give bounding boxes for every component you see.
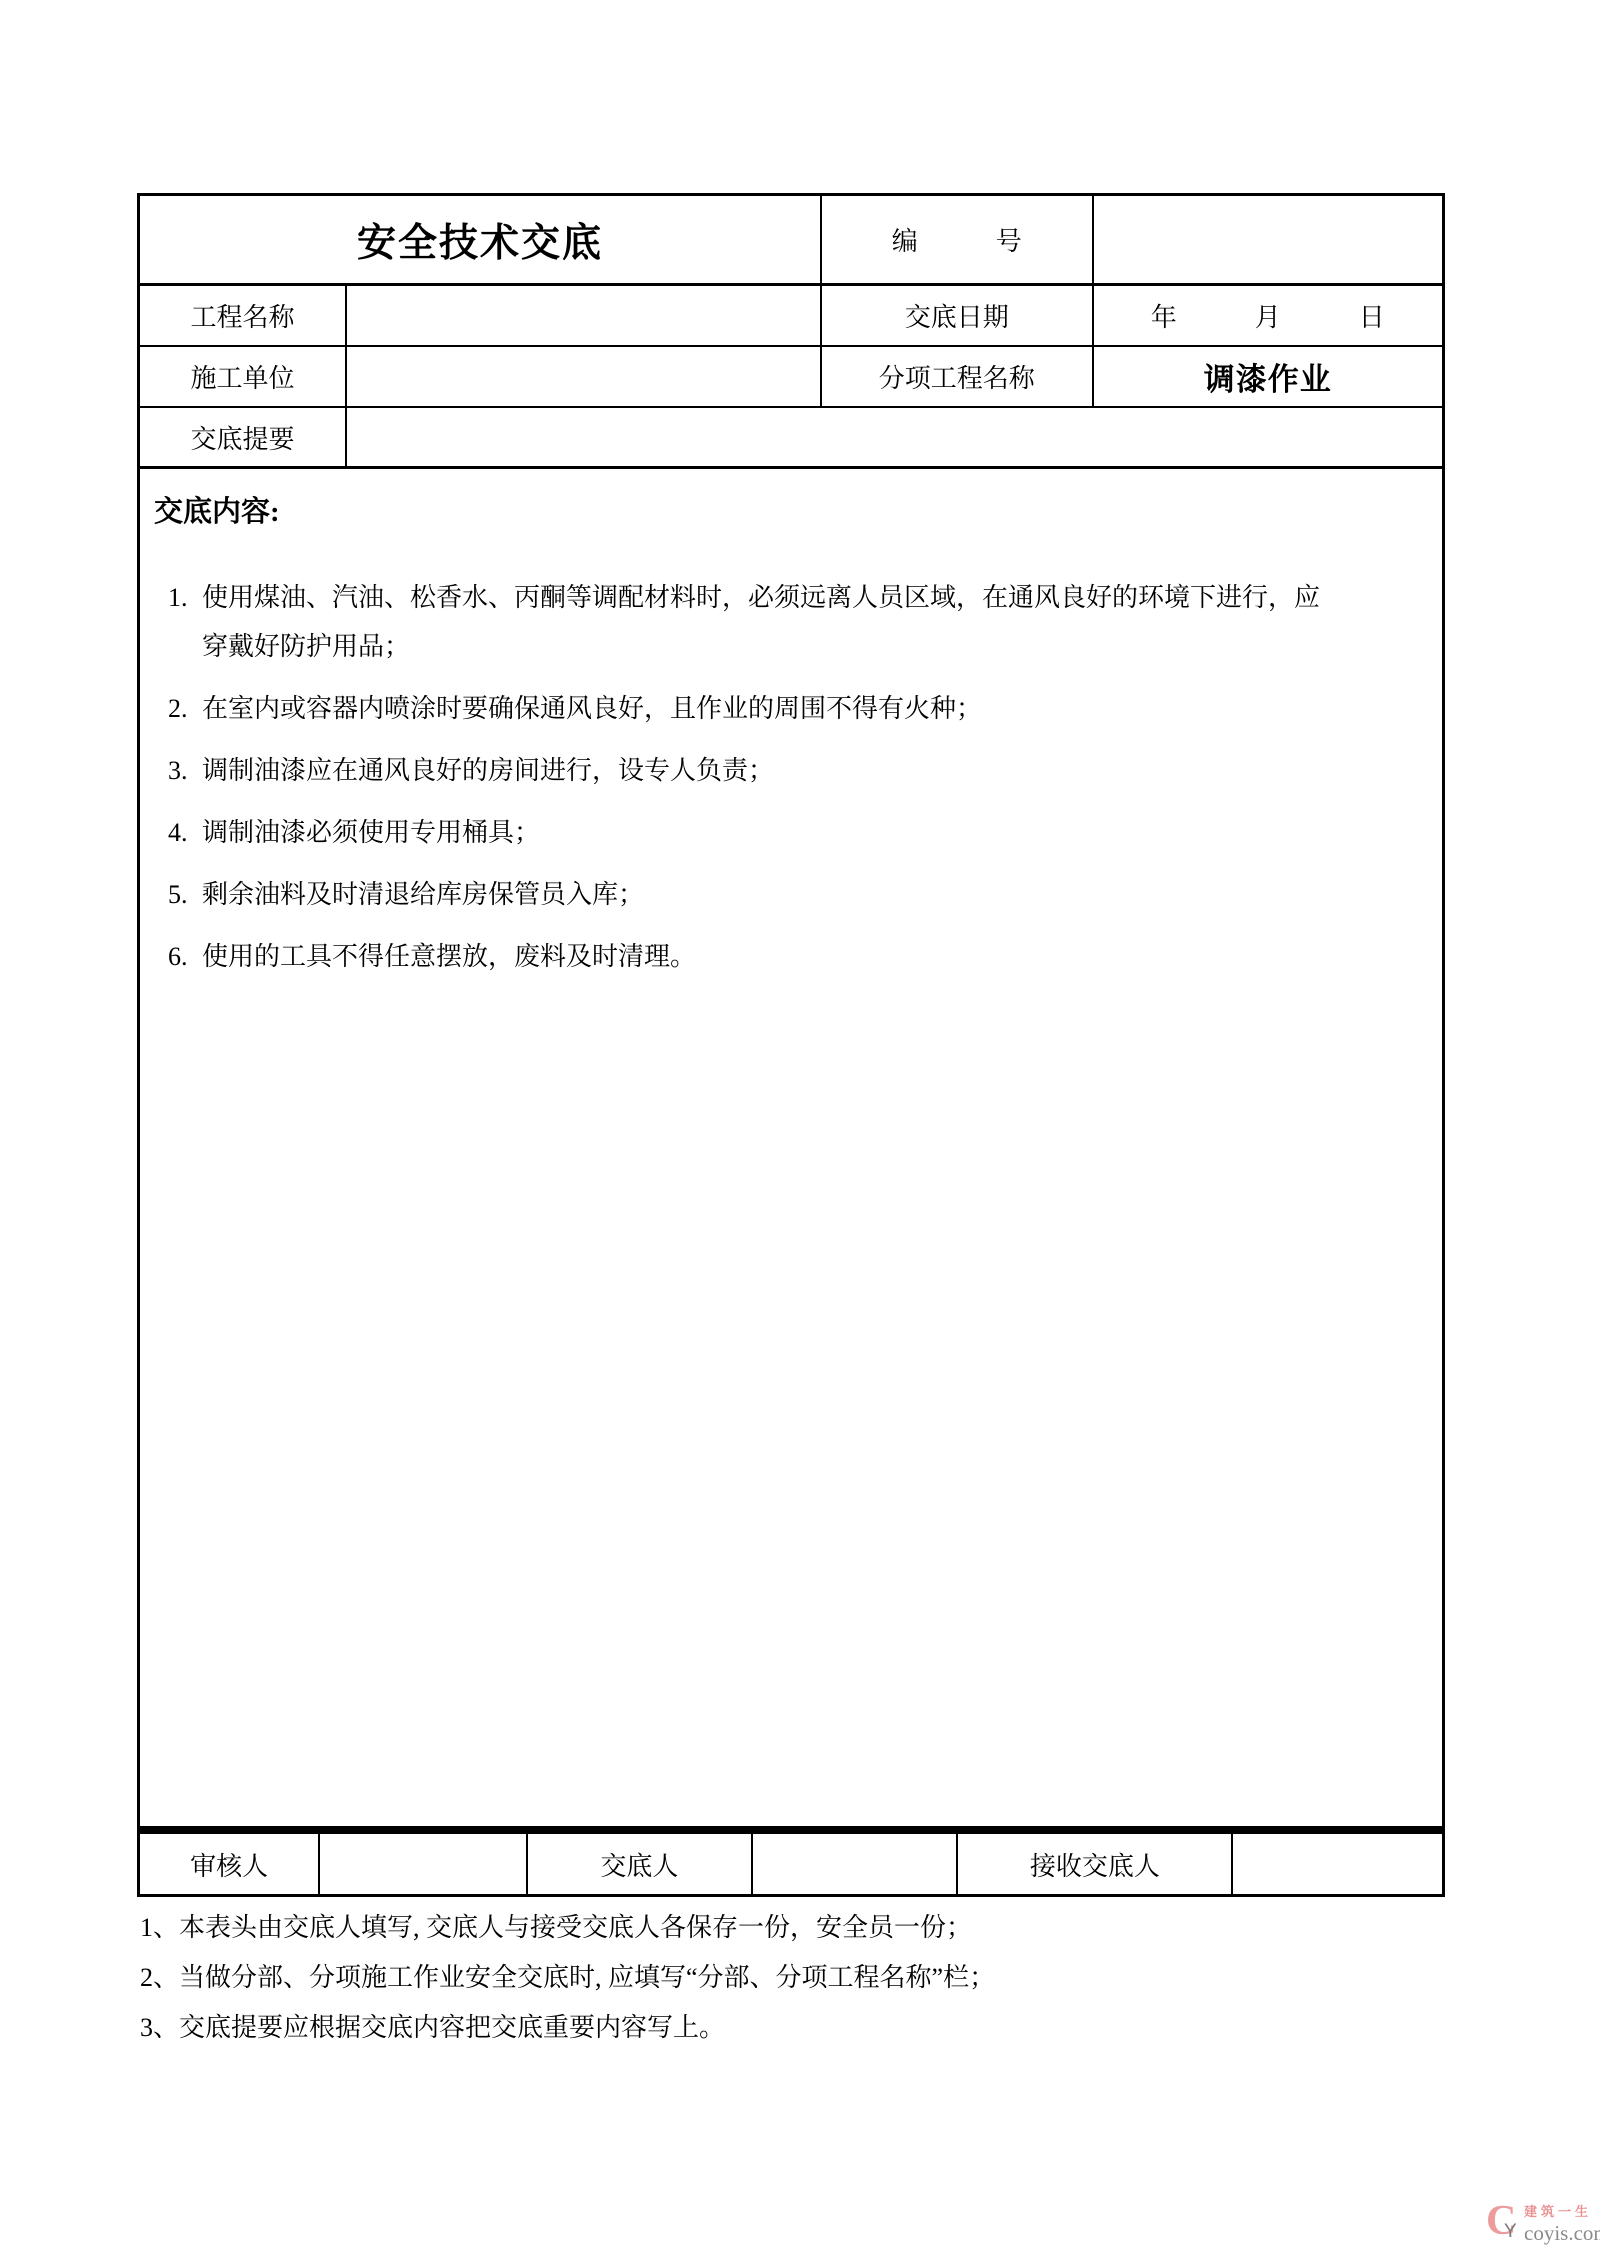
header-row-summary: 交底提要 (140, 408, 1442, 469)
item-text-line2: 穿戴好防护用品； (202, 622, 1422, 671)
serial-number-label: 编 号 (820, 196, 1092, 283)
item-number: 3. (168, 746, 188, 795)
coyis-logo-icon: C Y (1486, 2200, 1524, 2248)
item-number: 4. (168, 808, 188, 857)
logo-letter-y: Y (1504, 2222, 1517, 2241)
document-page: 安全技术交底 编 号 工程名称 交底日期 年 月 日 施工单位 分项工程名称 调… (0, 0, 1600, 2262)
discloser-signature-cell (751, 1834, 956, 1894)
item-text: 使用的工具不得任意摆放，废料及时清理。 (202, 942, 696, 971)
project-name-label: 工程名称 (140, 286, 345, 345)
content-heading: 交底内容: (154, 495, 1422, 529)
subproject-name-label: 分项工程名称 (820, 347, 1092, 406)
form-footnotes: 1、本表头由交底人填写, 交底人与接受交底人各保存一份，安全员一份； 2、当做分… (140, 1903, 1400, 2053)
header-row-unit: 施工单位 分项工程名称 调漆作业 (140, 347, 1442, 408)
discloser-label: 交底人 (526, 1834, 751, 1894)
watermark-site: coyis.com (1524, 2220, 1600, 2246)
disclosure-date-value: 年 月 日 (1092, 286, 1442, 345)
watermark-brand: 建筑一生 (1524, 2203, 1600, 2220)
signoff-row: 审核人 交底人 接收交底人 (140, 1830, 1442, 1894)
header-row-title: 安全技术交底 编 号 (140, 196, 1442, 286)
construction-unit-value (345, 347, 820, 406)
item-text: 使用煤油、汽油、松香水、丙酮等调配材料时，必须远离人员区域，在通风良好的环境下进… (202, 583, 1320, 612)
footnote-2: 2、当做分部、分项施工作业安全交底时, 应填写“分部、分项工程名称”栏； (140, 1953, 1400, 2003)
footnote-3: 3、交底提要应根据交底内容把交底重要内容写上。 (140, 2003, 1400, 2053)
item-number: 5. (168, 870, 188, 919)
coyis-watermark: C Y 建筑一生 coyis.com (1486, 2200, 1600, 2248)
serial-number-value (1092, 196, 1442, 283)
content-item-3: 3. 调制油漆应在通风良好的房间进行，设专人负责； (154, 746, 1422, 795)
receiver-label: 接收交底人 (956, 1834, 1231, 1894)
summary-label: 交底提要 (140, 408, 345, 466)
project-name-value (345, 286, 820, 345)
item-number: 2. (168, 684, 188, 733)
item-text: 剩余油料及时清退给库房保管员入库； (202, 880, 644, 909)
item-text: 调制油漆必须使用专用桶具； (202, 818, 540, 847)
subproject-name-value: 调漆作业 (1092, 347, 1442, 406)
item-text: 在室内或容器内喷涂时要确保通风良好，且作业的周围不得有火种； (202, 694, 982, 723)
content-item-1: 1. 使用煤油、汽油、松香水、丙酮等调配材料时，必须远离人员区域，在通风良好的环… (154, 573, 1422, 671)
reviewer-signature-cell (318, 1834, 525, 1894)
content-item-5: 5. 剩余油料及时清退给库房保管员入库； (154, 870, 1422, 919)
safety-disclosure-form: 安全技术交底 编 号 工程名称 交底日期 年 月 日 施工单位 分项工程名称 调… (137, 193, 1445, 1897)
construction-unit-label: 施工单位 (140, 347, 345, 406)
item-number: 6. (168, 932, 188, 981)
item-number: 1. (168, 573, 188, 622)
item-text: 调制油漆应在通风良好的房间进行，设专人负责； (202, 756, 774, 785)
watermark-text: 建筑一生 coyis.com (1524, 2200, 1600, 2246)
content-item-6: 6. 使用的工具不得任意摆放，废料及时清理。 (154, 932, 1422, 981)
receiver-signature-cell (1231, 1834, 1442, 1894)
content-item-2: 2. 在室内或容器内喷涂时要确保通风良好，且作业的周围不得有火种； (154, 684, 1422, 733)
header-row-project: 工程名称 交底日期 年 月 日 (140, 286, 1442, 347)
reviewer-label: 审核人 (140, 1834, 318, 1894)
disclosure-date-label: 交底日期 (820, 286, 1092, 345)
form-title: 安全技术交底 (140, 196, 820, 283)
footnote-1: 1、本表头由交底人填写, 交底人与接受交底人各保存一份，安全员一份； (140, 1903, 1400, 1953)
summary-value (345, 408, 1442, 466)
content-item-4: 4. 调制油漆必须使用专用桶具； (154, 808, 1422, 857)
disclosure-content-box: 交底内容: 1. 使用煤油、汽油、松香水、丙酮等调配材料时，必须远离人员区域，在… (140, 469, 1442, 1830)
